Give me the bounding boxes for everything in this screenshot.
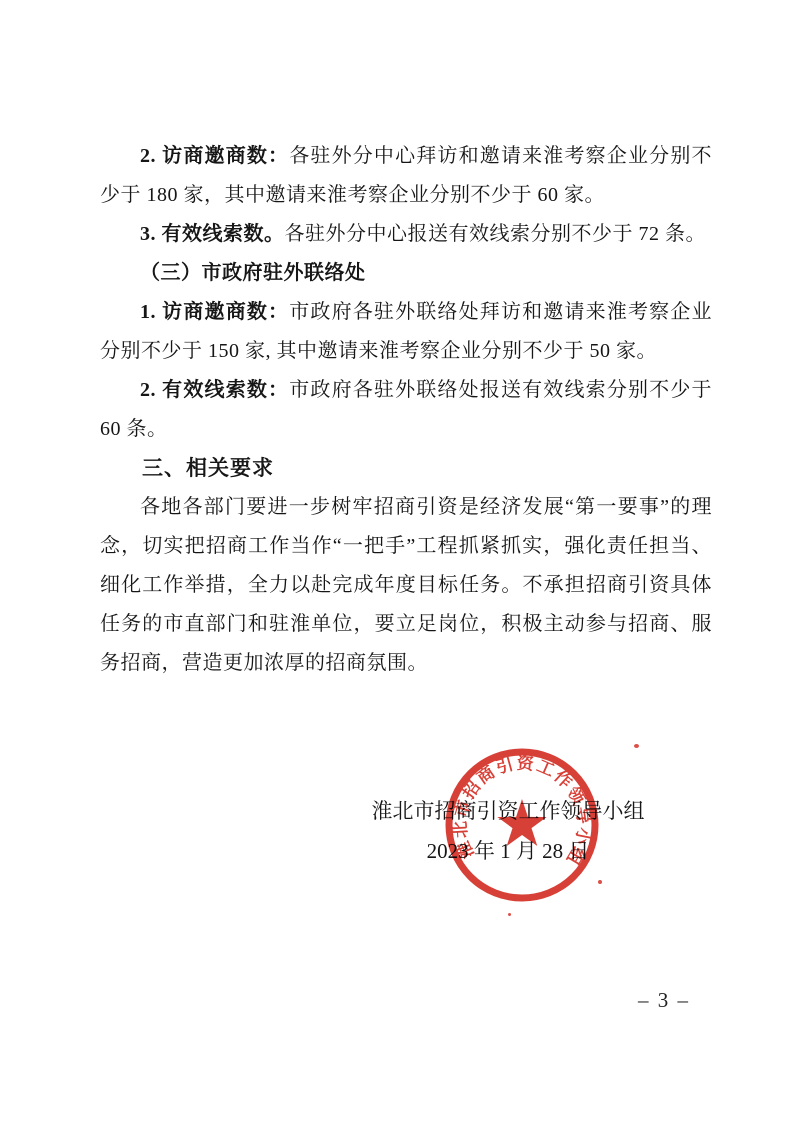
paragraph-label: 2. 有效线索数：	[140, 379, 289, 401]
section-heading: 三、相关要求	[100, 449, 712, 488]
paragraph: 1. 访商邀商数：市政府各驻外联络处拜访和邀请来淮考察企业分别不少于 150 家…	[100, 293, 712, 371]
paragraph-label: 1. 访商邀商数：	[140, 301, 289, 323]
paragraph-label: 3. 有效线索数。	[140, 223, 285, 245]
paragraph: 3. 有效线索数。各驻外分中心报送有效线索分别不少于 72 条。	[100, 215, 712, 254]
document-page: 2. 访商邀商数：各驻外分中心拜访和邀请来淮考察企业分别不少于 180 家，其中…	[0, 0, 793, 1122]
signature-date: 2023 年 1 月 28 日	[353, 839, 663, 863]
seal-ink-speck	[634, 744, 639, 748]
paragraph: 2. 访商邀商数：各驻外分中心拜访和邀请来淮考察企业分别不少于 180 家，其中…	[100, 137, 712, 215]
page-number: – 3 –	[618, 988, 710, 1013]
paragraph: 各地各部门要进一步树牢招商引资是经济发展“第一要事”的理念，切实把招商工作当作“…	[100, 488, 712, 683]
paragraph-label: 2. 访商邀商数：	[140, 145, 289, 167]
signature-organization: 淮北市招商引资工作领导小组	[353, 799, 663, 823]
document-body: 2. 访商邀商数：各驻外分中心拜访和邀请来淮考察企业分别不少于 180 家，其中…	[100, 137, 712, 683]
paragraph-text: 各驻外分中心报送有效线索分别不少于 72 条。	[285, 223, 707, 245]
signature-block: 淮北市招商引资工作领导小组 2023 年 1 月 28 日	[353, 799, 663, 863]
subsection-heading: （三）市政府驻外联络处	[100, 254, 712, 293]
seal-ink-speck	[598, 880, 602, 884]
paragraph: 2. 有效线索数：市政府各驻外联络处报送有效线索分别不少于 60 条。	[100, 371, 712, 449]
paragraph-text: 各地各部门要进一步树牢招商引资是经济发展“第一要事”的理念，切实把招商工作当作“…	[100, 496, 712, 674]
seal-ink-speck	[508, 913, 511, 916]
